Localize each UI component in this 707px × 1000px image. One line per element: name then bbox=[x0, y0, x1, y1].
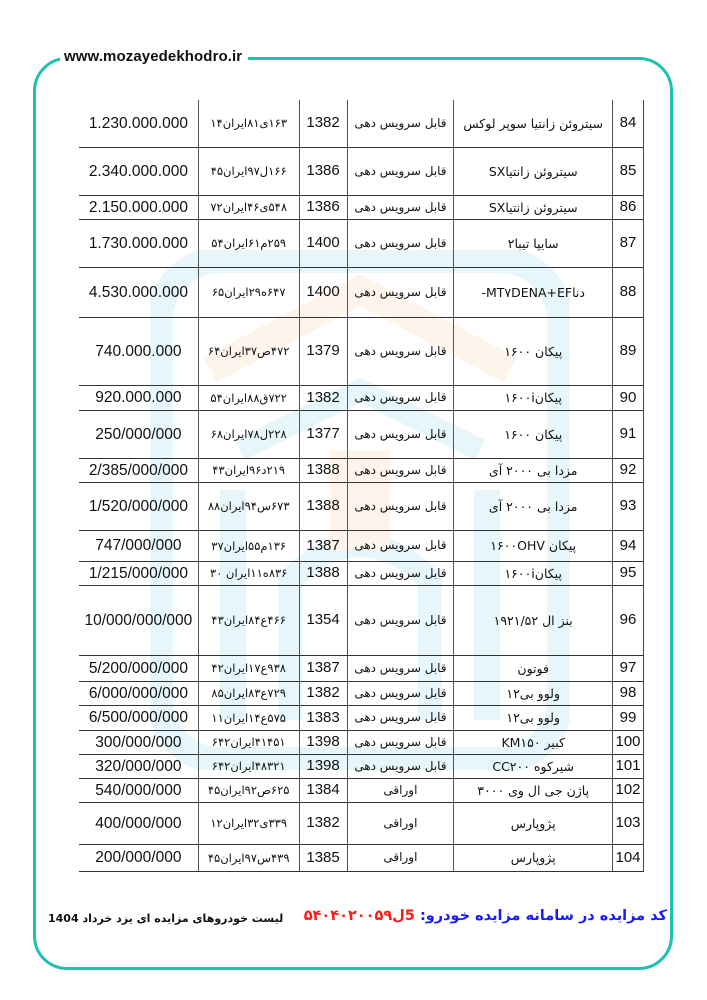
vehicle-status-cell: قابل سرویس دهی bbox=[347, 731, 454, 754]
model-year-cell: 1400 bbox=[299, 220, 347, 267]
row-number-cell: 89 bbox=[612, 318, 643, 385]
model-year-cell: 1387 bbox=[299, 656, 347, 681]
model-year-cell: 1382 bbox=[299, 100, 347, 147]
table-row: 92مزدا بی ۲۰۰۰ آیقابل سرویس دهی1388۲۱۹د۹… bbox=[79, 459, 643, 483]
plate-number-cell: ۸۳۶ه۱۱ایران ۳۰ bbox=[198, 562, 299, 585]
plate-number-cell: ۲۵۹م۶۱ایران۵۴ bbox=[198, 220, 299, 267]
vehicle-status-cell: قابل سرویس دهی bbox=[347, 386, 454, 410]
base-price-cell: 540/000/000 bbox=[79, 779, 198, 802]
vehicle-status-cell: قابل سرویس دهی bbox=[347, 220, 454, 267]
vehicle-status-cell: اوراقی bbox=[347, 803, 454, 844]
model-year-cell: 1383 bbox=[299, 706, 347, 730]
vehicle-model-cell: پیکان ۱۶۰۰ bbox=[453, 411, 612, 458]
vehicle-model-cell: پژوپارس bbox=[453, 845, 612, 871]
base-price-cell: 250/000/000 bbox=[79, 411, 198, 458]
vehicle-model-cell: ولوو بی۱۲ bbox=[453, 706, 612, 730]
vehicle-model-cell: پژوپارس bbox=[453, 803, 612, 844]
table-row: 97فوتونقابل سرویس دهی1387۹۳۸ع۱۷ایران۴۲5/… bbox=[79, 656, 643, 682]
table-row: 96بنز ال ۱۹۲۱/۵۲قابل سرویس دهی1354۴۶۶ع۸۴… bbox=[79, 586, 643, 656]
base-price-cell: 920.000.000 bbox=[79, 386, 198, 410]
row-number-cell: 86 bbox=[612, 196, 643, 219]
site-url: www.mozayedekhodro.ir bbox=[60, 44, 248, 70]
base-price-cell: 400/000/000 bbox=[79, 803, 198, 844]
vehicle-model-cell: بنز ال ۱۹۲۱/۵۲ bbox=[453, 586, 612, 655]
plate-number-cell: ۱۶۶ل۹۷ایران۴۵ bbox=[198, 148, 299, 195]
vehicle-status-cell: قابل سرویس دهی bbox=[347, 411, 454, 458]
vehicle-status-cell: قابل سرویس دهی bbox=[347, 682, 454, 705]
vehicle-status-cell: قابل سرویس دهی bbox=[347, 196, 454, 219]
model-year-cell: 1388 bbox=[299, 562, 347, 585]
plate-number-cell: ۵۷۵ع۱۴ایران۱۱ bbox=[198, 706, 299, 730]
row-number-cell: 104 bbox=[612, 845, 643, 871]
row-number-cell: 92 bbox=[612, 459, 643, 482]
base-price-cell: 300/000/000 bbox=[79, 731, 198, 754]
base-price-cell: 5/200/000/000 bbox=[79, 656, 198, 681]
vehicle-model-cell: سایپا تیبا۲ bbox=[453, 220, 612, 267]
model-year-cell: 1377 bbox=[299, 411, 347, 458]
base-price-cell: 747/000/000 bbox=[79, 531, 198, 561]
vehicle-model-cell: سیتروئن زانتیاSX bbox=[453, 148, 612, 195]
base-price-cell: 320/000/000 bbox=[79, 755, 198, 778]
vehicle-status-cell: قابل سرویس دهی bbox=[347, 318, 454, 385]
row-number-cell: 99 bbox=[612, 706, 643, 730]
vehicle-status-cell: قابل سرویس دهی bbox=[347, 706, 454, 730]
vehicle-model-cell: فوتون bbox=[453, 656, 612, 681]
vehicle-model-cell: سیتروئن زانتیاSX bbox=[453, 196, 612, 219]
base-price-cell: 2.340.000.000 bbox=[79, 148, 198, 195]
row-number-cell: 97 bbox=[612, 656, 643, 681]
table-row: 95پیکان۱۶۰۰iقابل سرویس دهی1388۸۳۶ه۱۱ایرا… bbox=[79, 562, 643, 586]
table-row: 94پیکان ۱۶۰۰OHVقابل سرویس دهی1387۱۳۶م۵۵ا… bbox=[79, 531, 643, 562]
vehicle-auction-table: 84سیتروئن زانتیا سوپر لوکسقابل سرویس دهی… bbox=[79, 100, 644, 872]
vehicle-status-cell: قابل سرویس دهی bbox=[347, 531, 454, 561]
row-number-cell: 102 bbox=[612, 779, 643, 802]
base-price-cell: 740.000.000 bbox=[79, 318, 198, 385]
vehicle-model-cell: پیکان ۱۶۰۰OHV bbox=[453, 531, 612, 561]
base-price-cell: 10/000/000/000 bbox=[79, 586, 198, 655]
row-number-cell: 90 bbox=[612, 386, 643, 410]
model-year-cell: 1382 bbox=[299, 386, 347, 410]
plate-number-cell: ۴۶۶ع۸۴ایران۴۳ bbox=[198, 586, 299, 655]
table-row: 85سیتروئن زانتیاSXقابل سرویس دهی1386۱۶۶ل… bbox=[79, 148, 643, 196]
vehicle-model-cell: پیکان۱۶۰۰i bbox=[453, 562, 612, 585]
row-number-cell: 98 bbox=[612, 682, 643, 705]
model-year-cell: 1400 bbox=[299, 268, 347, 317]
vehicle-model-cell: سیتروئن زانتیا سوپر لوکس bbox=[453, 100, 612, 147]
vehicle-status-cell: قابل سرویس دهی bbox=[347, 459, 454, 482]
vehicle-status-cell: قابل سرویس دهی bbox=[347, 562, 454, 585]
vehicle-status-cell: قابل سرویس دهی bbox=[347, 755, 454, 778]
model-year-cell: 1398 bbox=[299, 755, 347, 778]
model-year-cell: 1388 bbox=[299, 459, 347, 482]
row-number-cell: 93 bbox=[612, 483, 643, 530]
plate-number-cell: ۲۲۸ل۷۸ایران۶۸ bbox=[198, 411, 299, 458]
plate-number-cell: ۴۷۲ص۳۷ایران۶۴ bbox=[198, 318, 299, 385]
table-row: 100کبیر KM۱۵۰قابل سرویس دهی1398۴۱۴۵۱ایرا… bbox=[79, 731, 643, 755]
vehicle-status-cell: قابل سرویس دهی bbox=[347, 100, 454, 147]
base-price-cell: 6/000/000/000 bbox=[79, 682, 198, 705]
model-year-cell: 1386 bbox=[299, 148, 347, 195]
row-number-cell: 96 bbox=[612, 586, 643, 655]
model-year-cell: 1385 bbox=[299, 845, 347, 871]
row-number-cell: 85 bbox=[612, 148, 643, 195]
table-row: 91پیکان ۱۶۰۰قابل سرویس دهی1377۲۲۸ل۷۸ایرا… bbox=[79, 411, 643, 459]
base-price-cell: 200/000/000 bbox=[79, 845, 198, 871]
plate-number-cell: ۶۴۷ه۲۹ایران۶۵ bbox=[198, 268, 299, 317]
plate-number-cell: ۴۳۹س۹۷ایران۴۵ bbox=[198, 845, 299, 871]
vehicle-status-cell: اوراقی bbox=[347, 779, 454, 802]
row-number-cell: 100 bbox=[612, 731, 643, 754]
table-row: 87سایپا تیبا۲قابل سرویس دهی1400۲۵۹م۶۱ایر… bbox=[79, 220, 643, 268]
vehicle-status-cell: قابل سرویس دهی bbox=[347, 586, 454, 655]
base-price-cell: 4.530.000.000 bbox=[79, 268, 198, 317]
table-row: 98ولوو بی۱۲قابل سرویس دهی1382۷۲۹ع۸۳ایران… bbox=[79, 682, 643, 706]
base-price-cell: 2.150.000.000 bbox=[79, 196, 198, 219]
plate-number-cell: ۹۳۸ع۱۷ایران۴۲ bbox=[198, 656, 299, 681]
base-price-cell: 1.230.000.000 bbox=[79, 100, 198, 147]
table-row: 103پژوپارساوراقی1382۳۳۹ی۳۲ایران۱۲400/000… bbox=[79, 803, 643, 845]
row-number-cell: 103 bbox=[612, 803, 643, 844]
row-number-cell: 84 bbox=[612, 100, 643, 147]
plate-number-cell: ۷۲۹ع۸۳ایران۸۵ bbox=[198, 682, 299, 705]
vehicle-model-cell: ولوو بی۱۲ bbox=[453, 682, 612, 705]
vehicle-model-cell: شیرکوه CC۲۰۰ bbox=[453, 755, 612, 778]
base-price-cell: 6/500/000/000 bbox=[79, 706, 198, 730]
plate-number-cell: ۶۷۳س۹۴ایران۸۸ bbox=[198, 483, 299, 530]
plate-number-cell: ۱۶۳ی۸۱ایران۱۴ bbox=[198, 100, 299, 147]
vehicle-status-cell: قابل سرویس دهی bbox=[347, 483, 454, 530]
table-row: 101شیرکوه CC۲۰۰قابل سرویس دهی1398۴۸۳۲۱ای… bbox=[79, 755, 643, 779]
base-price-cell: 1.730.000.000 bbox=[79, 220, 198, 267]
model-year-cell: 1354 bbox=[299, 586, 347, 655]
table-row: 90پیکان۱۶۰۰iقابل سرویس دهی1382۷۲۲ق۸۸ایرا… bbox=[79, 386, 643, 411]
model-year-cell: 1388 bbox=[299, 483, 347, 530]
base-price-cell: 1/215/000/000 bbox=[79, 562, 198, 585]
row-number-cell: 101 bbox=[612, 755, 643, 778]
row-number-cell: 87 bbox=[612, 220, 643, 267]
base-price-cell: 2/385/000/000 bbox=[79, 459, 198, 482]
plate-number-cell: ۴۸۳۲۱ایران۶۴۲ bbox=[198, 755, 299, 778]
model-year-cell: 1398 bbox=[299, 731, 347, 754]
auction-code: کد مزایده در سامانه مزایده خودرو: 5ل۵۴۰۴… bbox=[304, 908, 667, 924]
table-row: 88دناMT۷DENA+EF-قابل سرویس دهی1400۶۴۷ه۲۹… bbox=[79, 268, 643, 318]
vehicle-status-cell: اوراقی bbox=[347, 845, 454, 871]
model-year-cell: 1384 bbox=[299, 779, 347, 802]
table-row: 86سیتروئن زانتیاSXقابل سرویس دهی1386۵۴۸ی… bbox=[79, 196, 643, 220]
plate-number-cell: ۶۲۵ص۹۲ایران۴۵ bbox=[198, 779, 299, 802]
table-row: 99ولوو بی۱۲قابل سرویس دهی1383۵۷۵ع۱۴ایران… bbox=[79, 706, 643, 731]
model-year-cell: 1382 bbox=[299, 803, 347, 844]
table-row: 93مزدا بی ۲۰۰۰ آیقابل سرویس دهی1388۶۷۳س۹… bbox=[79, 483, 643, 531]
vehicle-model-cell: کبیر KM۱۵۰ bbox=[453, 731, 612, 754]
vehicle-model-cell: مزدا بی ۲۰۰۰ آی bbox=[453, 459, 612, 482]
model-year-cell: 1386 bbox=[299, 196, 347, 219]
vehicle-model-cell: پیکان ۱۶۰۰ bbox=[453, 318, 612, 385]
plate-number-cell: ۷۲۲ق۸۸ایران۵۴ bbox=[198, 386, 299, 410]
row-number-cell: 95 bbox=[612, 562, 643, 585]
row-number-cell: 88 bbox=[612, 268, 643, 317]
model-year-cell: 1382 bbox=[299, 682, 347, 705]
auction-code-label: کد مزایده در سامانه مزایده خودرو: bbox=[420, 908, 667, 924]
model-year-cell: 1379 bbox=[299, 318, 347, 385]
vehicle-status-cell: قابل سرویس دهی bbox=[347, 268, 454, 317]
table-row: 104پژوپارساوراقی1385۴۳۹س۹۷ایران۴۵200/000… bbox=[79, 845, 643, 872]
plate-number-cell: ۱۳۶م۵۵ایران۳۷ bbox=[198, 531, 299, 561]
vehicle-model-cell: دناMT۷DENA+EF- bbox=[453, 268, 612, 317]
plate-number-cell: ۵۴۸ی۴۶ایران۷۲ bbox=[198, 196, 299, 219]
table-row: 84سیتروئن زانتیا سوپر لوکسقابل سرویس دهی… bbox=[79, 100, 643, 148]
vehicle-model-cell: مزدا بی ۲۰۰۰ آی bbox=[453, 483, 612, 530]
row-number-cell: 91 bbox=[612, 411, 643, 458]
auction-code-value: 5ل۵۴۰۴۰۲۰۰۵۹ bbox=[304, 908, 415, 924]
table-row: 89پیکان ۱۶۰۰قابل سرویس دهی1379۴۷۲ص۳۷ایرا… bbox=[79, 318, 643, 386]
model-year-cell: 1387 bbox=[299, 531, 347, 561]
vehicle-status-cell: قابل سرویس دهی bbox=[347, 656, 454, 681]
base-price-cell: 1/520/000/000 bbox=[79, 483, 198, 530]
vehicle-model-cell: پیکان۱۶۰۰i bbox=[453, 386, 612, 410]
document-title: لیست خودروهای مزایده ای یزد خرداد 1404 bbox=[48, 912, 283, 925]
table-row: 102پاژن جی ال وی ۳۰۰۰اوراقی1384۶۲۵ص۹۲ایر… bbox=[79, 779, 643, 803]
plate-number-cell: ۳۳۹ی۳۲ایران۱۲ bbox=[198, 803, 299, 844]
plate-number-cell: ۲۱۹د۹۶ایران۴۳ bbox=[198, 459, 299, 482]
vehicle-model-cell: پاژن جی ال وی ۳۰۰۰ bbox=[453, 779, 612, 802]
row-number-cell: 94 bbox=[612, 531, 643, 561]
plate-number-cell: ۴۱۴۵۱ایران۶۴۲ bbox=[198, 731, 299, 754]
vehicle-status-cell: قابل سرویس دهی bbox=[347, 148, 454, 195]
